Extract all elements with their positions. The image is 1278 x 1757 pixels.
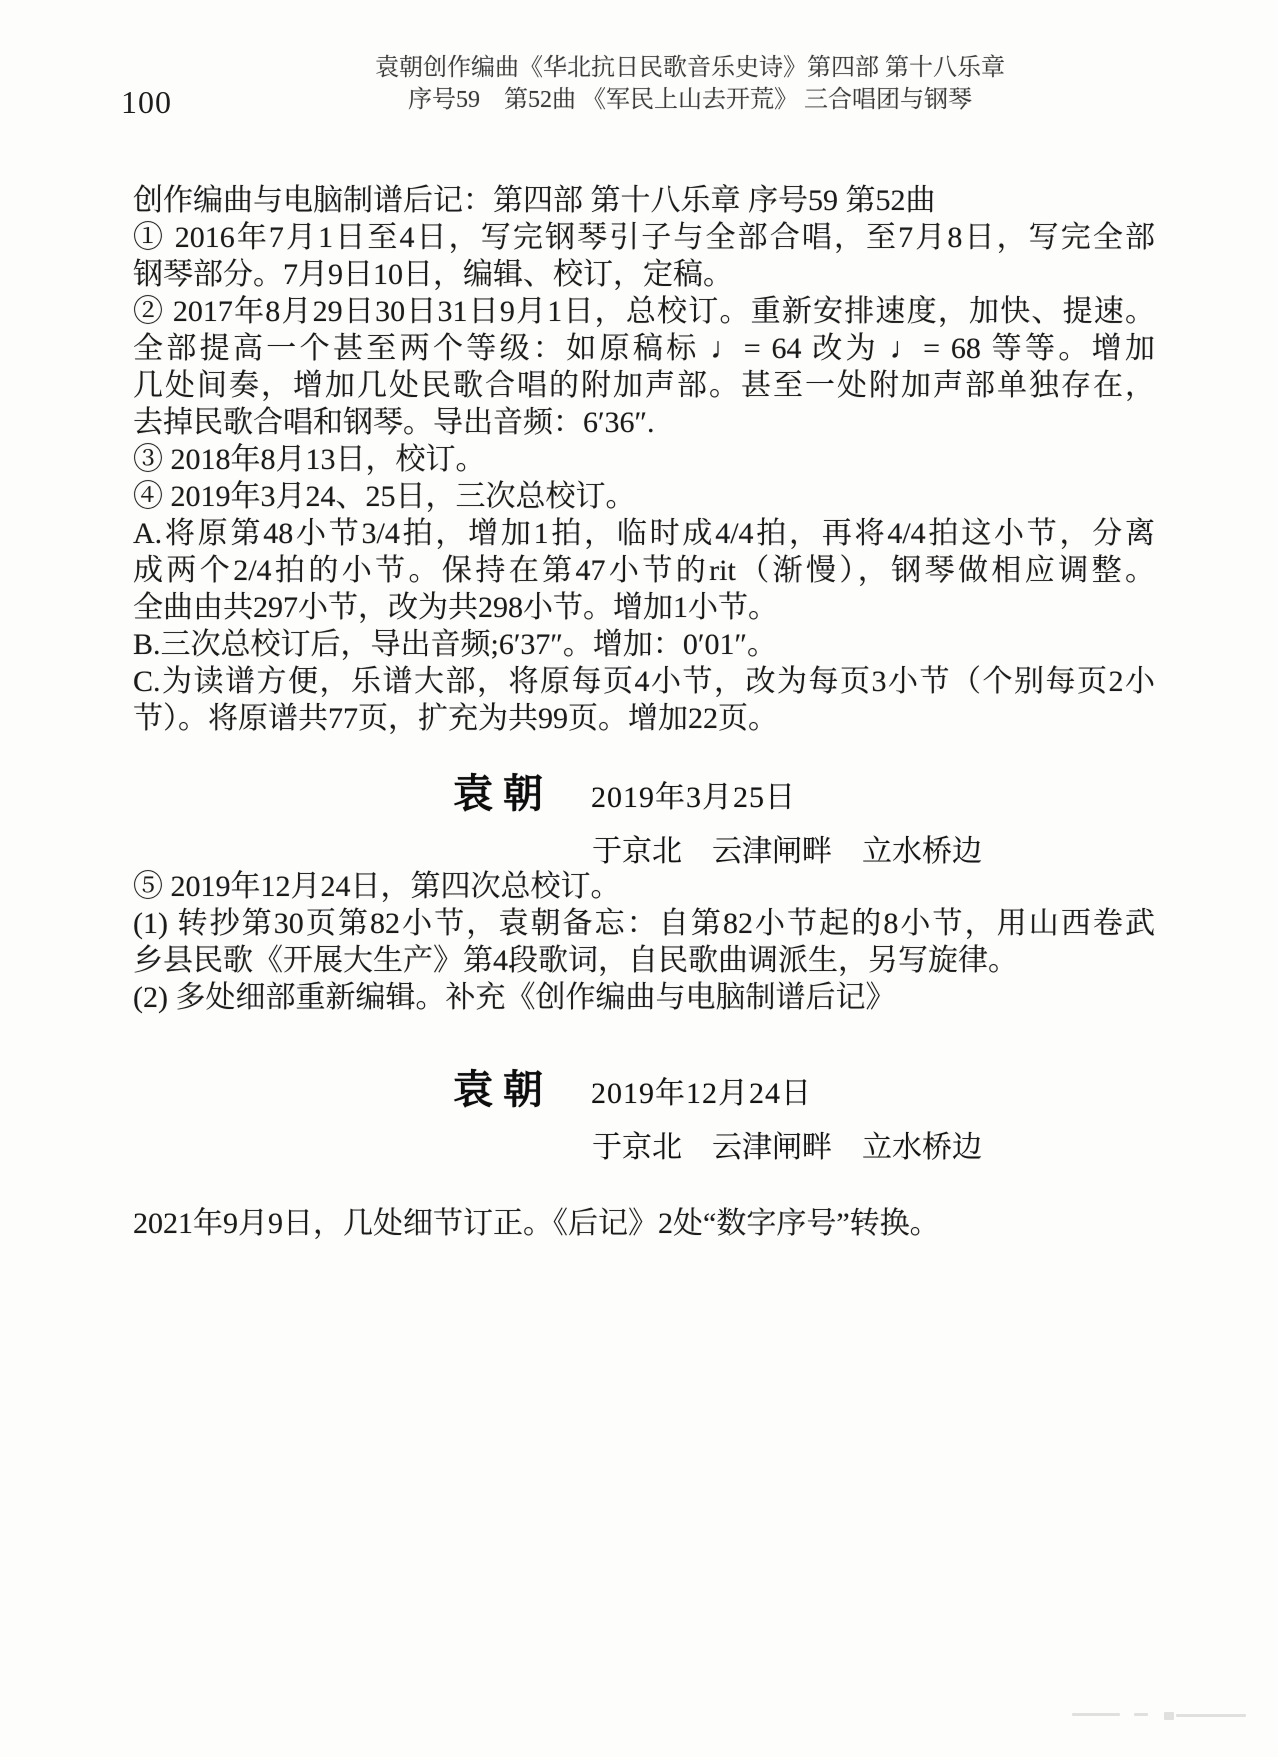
postscript-line: ① 2016年7月1日至4日，写完钢琴引子与全部合唱，至7月8日，写完全部: [133, 219, 1155, 256]
postscript-line: 全部提高一个甚至两个等级：如原稿标 ♩= 64 改为 ♩= 68 等等。增加: [133, 330, 1155, 367]
watermark-mark: [1176, 1714, 1246, 1717]
postscript-section: 创作编曲与电脑制谱后记：第四部 第十八乐章 序号59 第52曲 ① 2016年7…: [133, 182, 1155, 737]
postscript-line: 节）。将原谱共77页，扩充为共99页。增加22页。: [133, 700, 1155, 737]
author-name: 袁朝: [453, 1058, 553, 1115]
running-header-line2: 序号59 第52曲 《军民上山去开荒》 三合唱团与钢琴: [340, 84, 1040, 116]
running-header-line1: 袁朝创作编曲《华北抗日民歌音乐史诗》第四部 第十八乐章: [340, 52, 1040, 84]
signature-block-2: 袁朝 2019年12月24日 于京北 云津闸畔 立水桥边: [133, 1058, 1155, 1166]
postscript-line: B.三次总校订后，导出音频;6′37″。增加：0′01″。: [133, 626, 1155, 663]
signature-date: 2019年12月24日: [591, 1068, 812, 1112]
author-name: 袁朝: [453, 762, 553, 819]
postscript-line: 去掉民歌合唱和钢琴。导出音频：6′36″.: [133, 404, 1155, 441]
section5-line: (1) 转抄第30页第82小节，袁朝备忘：自第82小节起的8小节，用山西卷武: [133, 905, 1155, 942]
signature-place: 于京北 云津闸畔 立水桥边: [592, 826, 1155, 870]
final-revision-note: 2021年9月9日，几处细节订正。《后记》2处“数字序号”转换。: [133, 1198, 940, 1242]
postscript-line: A.将原第48小节3/4拍，增加1拍，临时成4/4拍，再将4/4拍这小节，分离: [133, 515, 1155, 552]
postscript-line: C.为读谱方便，乐谱大部，将原每页4小节，改为每页3小节（个别每页2小: [133, 663, 1155, 700]
faint-watermark: [1072, 1706, 1247, 1724]
running-header: 袁朝创作编曲《华北抗日民歌音乐史诗》第四部 第十八乐章 序号59 第52曲 《军…: [340, 52, 1040, 116]
postscript-line: 成两个2/4拍的小节。保持在第47小节的rit（渐慢），钢琴做相应调整。: [133, 552, 1155, 589]
section5-line: 乡县民歌《开展大生产》第4段歌词，自民歌曲调派生，另写旋律。: [133, 942, 1155, 979]
postscript-line: 钢琴部分。7月9日10日，编辑、校订，定稿。: [133, 256, 1155, 293]
postscript-line: ④ 2019年3月24、25日，三次总校订。: [133, 478, 1155, 515]
postscript-line: ③ 2018年8月13日，校订。: [133, 441, 1155, 478]
postscript-line: ② 2017年8月29日30日31日9月1日，总校订。重新安排速度，加快、提速。: [133, 293, 1155, 330]
watermark-mark: [1072, 1713, 1120, 1716]
page-number: 100: [121, 84, 172, 121]
watermark-mark: [1164, 1712, 1174, 1720]
watermark-mark: [1134, 1713, 1148, 1716]
postscript-line: 全曲由共297小节，改为共298小节。增加1小节。: [133, 589, 1155, 626]
section5-line: (2) 多处细部重新编辑。补充《创作编曲与电脑制谱后记》: [133, 979, 1155, 1016]
postscript-line: 几处间奏，增加几处民歌合唱的附加声部。甚至一处附加声部单独存在，: [133, 367, 1155, 404]
scanned-document-page: 100 袁朝创作编曲《华北抗日民歌音乐史诗》第四部 第十八乐章 序号59 第52…: [0, 0, 1278, 1757]
postscript-title-line: 创作编曲与电脑制谱后记：第四部 第十八乐章 序号59 第52曲: [133, 182, 1155, 219]
section5-block: ⑤ 2019年12月24日，第四次总校订。 (1) 转抄第30页第82小节，袁朝…: [133, 868, 1155, 1016]
signature-block-1: 袁朝 2019年3月25日 于京北 云津闸畔 立水桥边: [133, 762, 1155, 870]
signature-place: 于京北 云津闸畔 立水桥边: [592, 1122, 1155, 1166]
section5-line: ⑤ 2019年12月24日，第四次总校订。: [133, 868, 1155, 905]
signature-date: 2019年3月25日: [591, 772, 796, 816]
